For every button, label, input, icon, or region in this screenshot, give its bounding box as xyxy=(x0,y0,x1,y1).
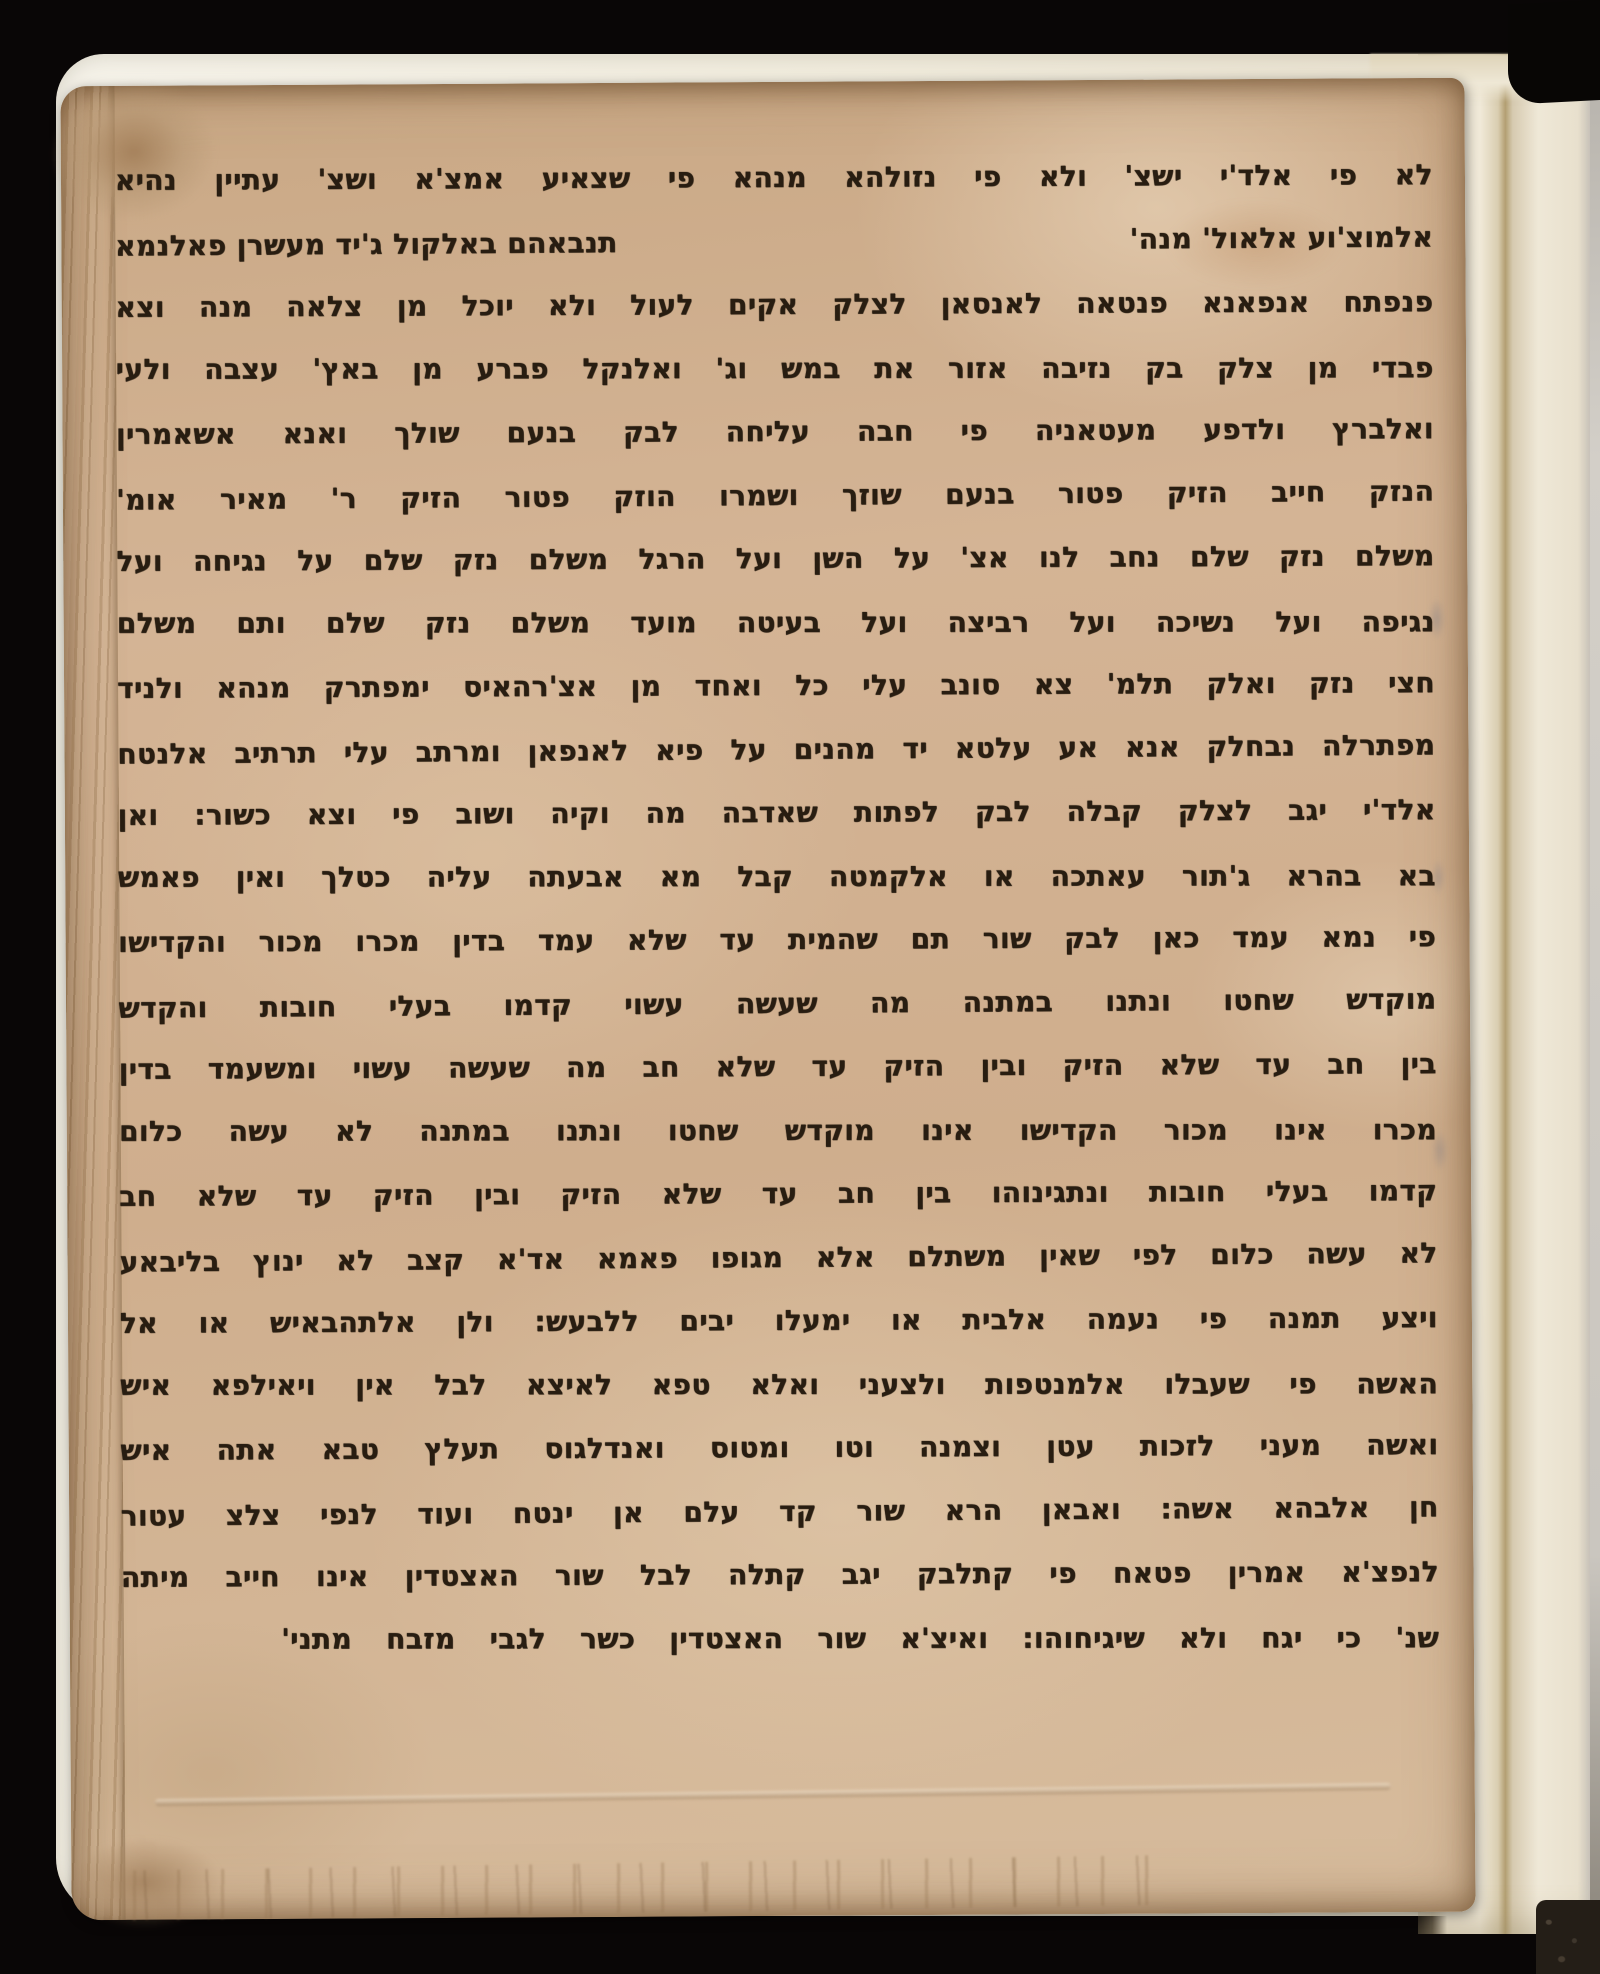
manuscript-line: אלד'י יגב לצלק קבלה לבק לפתות שאדבה מה ו… xyxy=(117,778,1435,847)
manuscript-line: קדמו בעלי חובות ונתגינוהו בין חב עד שלא … xyxy=(119,1159,1437,1228)
line-segment: האשה פי שעבלו אלמנטפות ולצעני ואלא טפא ל… xyxy=(120,1352,1438,1417)
handwritten-text-block: לא פי אלד'י ישצ' ולא פי נזולהא מנהא פי ש… xyxy=(115,143,1440,1673)
line-segment: ואשה מעני לזכות עטן וצמנה וטו ומטוס ואנד… xyxy=(120,1413,1438,1482)
manuscript-line: שנ' כי יגח ולא שיגיחוהו: ואיצ'א שור האצט… xyxy=(121,1606,1439,1671)
manuscript-line: מוקדש שחטו ונתנו במתנה מה שעשה עשוי קדמו… xyxy=(118,967,1436,1040)
line-segment: לנפצ'א אמרין פטאח פי קתלבק יגב קתלה לבל … xyxy=(121,1540,1439,1609)
line-segment: נגיפה ועל נשיכה ועל רביצה ועל בעיטה מועד… xyxy=(117,590,1435,655)
manuscript-line: חן אלבהא אשה: ואבאן הרא שור קד עלם אן ינ… xyxy=(120,1475,1438,1548)
line-segment: חן אלבהא אשה: ואבאן הרא שור קד עלם אן ינ… xyxy=(120,1475,1438,1548)
manuscript-line: האשה פי שעבלו אלמנטפות ולצעני ואלא טפא ל… xyxy=(120,1352,1438,1417)
manuscript-line: ואשה מעני לזכות עטן וצמנה וטו ומטוס ואנד… xyxy=(120,1413,1438,1482)
horizontal-crease xyxy=(155,1783,1391,1806)
line-segment: הנזק חייב הזיק פטור בנעם שוזך ושמרו הוזק… xyxy=(116,459,1434,532)
line-segment: תנבאהם באלקול ג'יד מעשרן פאלנמא xyxy=(115,211,618,278)
line-segment: בא בהרא ג'תור עאתכה או אלקמטה קבל מא אבע… xyxy=(118,844,1436,909)
line-segment: פנפתח אנפאנא פנטאה לאנסאן לצלק אקים לעול… xyxy=(115,270,1433,339)
line-segment: פי נמא עמד כאן לבק שור תם שהמית עד שלא ע… xyxy=(118,905,1436,974)
manuscript-line: בא בהרא ג'תור עאתכה או אלקמטה קבל מא אבע… xyxy=(118,844,1436,909)
line-segment: אלד'י יגב לצלק קבלה לבק לפתות שאדבה מה ו… xyxy=(117,778,1435,847)
line-segment: לא פי אלד'י ישצ' ולא פי נזולהא מנהא פי ש… xyxy=(115,143,1433,212)
line-segment: מפתרלה נבחלק אנא אע עלטא יד מהנים על פיא… xyxy=(117,713,1435,786)
line-segment: מכרו אינו מכור הקדישו אינו מוקדש שחטו ונ… xyxy=(119,1098,1437,1163)
line-segment: משלם נזק שלם נחב לנו אצ' על השן ועל הרגל… xyxy=(116,524,1434,593)
manuscript-line: חצי נזק ואלק תלמ' צא סונב עלי כל ואחד מן… xyxy=(117,651,1435,720)
manuscript-line: אלמוצ'וע אלאול' מנה'תנבאהם באלקול ג'יד מ… xyxy=(115,205,1433,278)
line-segment: פבדי מן צלק בק נזיבה אזור את במש וג' ואל… xyxy=(116,336,1434,401)
line-segment: שנ' כי יגח ולא שיגיחוהו: ואיצ'א שור האצט… xyxy=(121,1606,1439,1671)
line-segment: אלמוצ'וע אלאול' מנה' xyxy=(1129,205,1433,271)
manuscript-line: פי נמא עמד כאן לבק שור תם שהמית עד שלא ע… xyxy=(118,905,1436,974)
line-segment: בין חב עד שלא הזיק ובין הזיק עד שלא חב מ… xyxy=(119,1032,1437,1101)
manuscript-line: לנפצ'א אמרין פטאח פי קתלבק יגב קתלה לבל … xyxy=(121,1540,1439,1609)
manuscript-line: הנזק חייב הזיק פטור בנעם שוזך ושמרו הוזק… xyxy=(116,459,1434,532)
manuscript-line: פנפתח אנפאנא פנטאה לאנסאן לצלק אקים לעול… xyxy=(115,270,1433,339)
manuscript-line: מכרו אינו מכור הקדישו אינו מוקדש שחטו ונ… xyxy=(119,1098,1437,1163)
manuscript-line: ואלברץ ולדפע מעטאניה פי חבה עליחה לבק בנ… xyxy=(116,397,1434,466)
manuscript-line: בין חב עד שלא הזיק ובין הזיק עד שלא חב מ… xyxy=(119,1032,1437,1101)
manuscript-line: משלם נזק שלם נחב לנו אצ' על השן ועל הרגל… xyxy=(116,524,1434,593)
line-segment: חצי נזק ואלק תלמ' צא סונב עלי כל ואחד מן… xyxy=(117,651,1435,720)
line-segment: קדמו בעלי חובות ונתגינוהו בין חב עד שלא … xyxy=(119,1159,1437,1228)
backdrop-notch xyxy=(1508,0,1600,105)
line-segment: מוקדש שחטו ונתנו במתנה מה שעשה עשוי קדמו… xyxy=(118,967,1436,1040)
line-segment: ויצע תמנה פי נעמה אלבית או ימעלו יבים לל… xyxy=(120,1286,1438,1355)
manuscript-line: מפתרלה נבחלק אנא אע עלטא יד מהנים על פיא… xyxy=(117,713,1435,786)
manuscript-line: ויצע תמנה פי נעמה אלבית או ימעלו יבים לל… xyxy=(120,1286,1438,1355)
binding-corner-speckle xyxy=(1536,1900,1600,1974)
manuscript-line: נגיפה ועל נשיכה ועל רביצה ועל בעיטה מועד… xyxy=(117,590,1435,655)
scan-edge-strip xyxy=(1590,92,1600,1920)
manuscript-line: פבדי מן צלק בק נזיבה אזור את במש וג' ואל… xyxy=(116,336,1434,401)
line-segment: לא עשה כלום לפי שאין משתלם אלא מגופו פאמ… xyxy=(119,1221,1437,1294)
manuscript-line: לא פי אלד'י ישצ' ולא פי נזולהא מנהא פי ש… xyxy=(115,143,1433,212)
manuscript-line: לא עשה כלום לפי שאין משתלם אלא מגופו פאמ… xyxy=(119,1221,1437,1294)
line-segment: ואלברץ ולדפע מעטאניה פי חבה עליחה לבק בנ… xyxy=(116,397,1434,466)
manuscript-photo: לא פי אלד'י ישצ' ולא פי נזולהא מנהא פי ש… xyxy=(0,0,1600,1974)
